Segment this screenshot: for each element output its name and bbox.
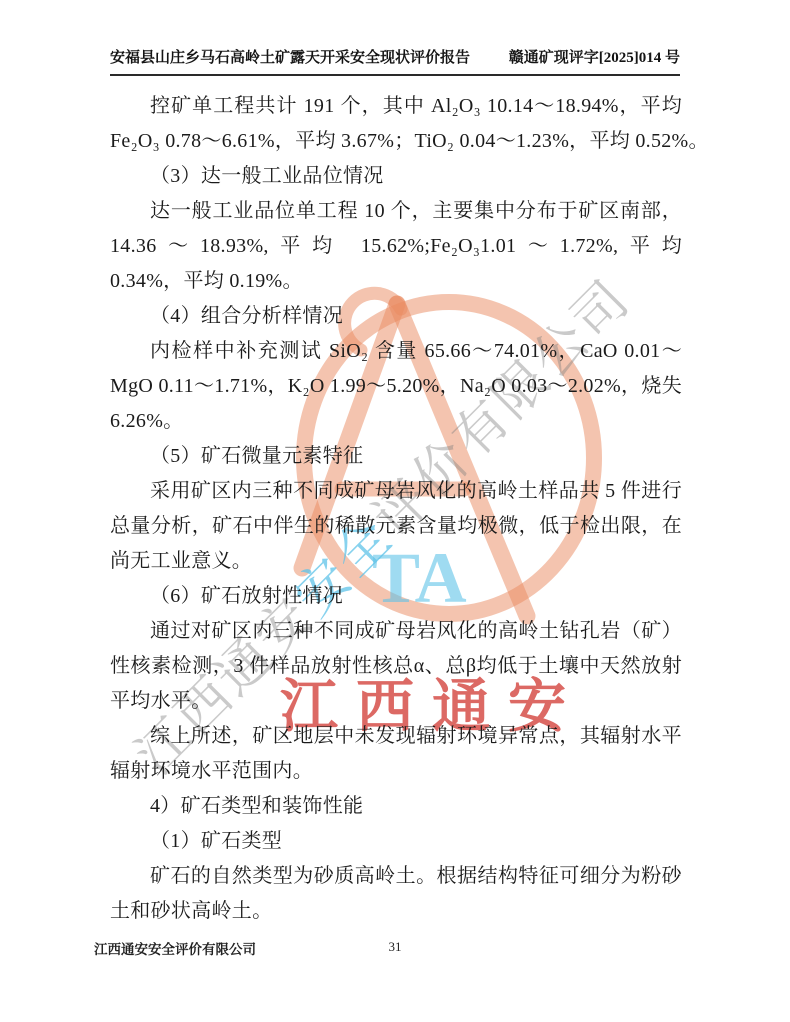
text-line: 性核素检测，3 件样品放射性核总α、总β均低于土壤中天然放射性核素 xyxy=(110,649,682,684)
text-line: 总量分析，矿石中伴生的稀散元素含量均极微，低于检出限，在现阶段， xyxy=(110,509,682,544)
text-line: （1）矿石类型 xyxy=(110,824,682,859)
page-number: 31 xyxy=(0,939,790,955)
text-line: 综上所述，矿区地层中未发现辐射环境异常点，其辐射水平均低于 xyxy=(110,719,682,754)
text-line: MgO 0.11～1.71%，K₂O 1.99～5.20%，Na₂O 0.03～… xyxy=(110,369,682,404)
text-line: 平均水平。 xyxy=(110,684,682,719)
text-line: （5）矿石微量元素特征 xyxy=(110,439,682,474)
text-line: 6.26%。 xyxy=(110,404,682,439)
text-line: （3）达一般工业品位情况 xyxy=(110,159,682,194)
text-line: 辐射环境水平范围内。 xyxy=(110,754,682,789)
text-line: 内检样中补充测试 SiO₂ 含量 65.66～74.01%，CaO 0.01～0… xyxy=(110,334,682,369)
text-line: 控矿单工程共计 191 个，其中 Al₂O₃ 10.14～18.94%，平均 1… xyxy=(110,89,682,124)
text-line: 尚无工业意义。 xyxy=(110,544,682,579)
document-page: 江西通安安全评价有限公司 TA 江西通安 安福县山庄乡马石高岭土矿露天开采安全现… xyxy=(0,0,790,1022)
report-title: 安福县山庄乡马石高岭土矿露天开采安全现状评价报告 xyxy=(110,46,470,67)
body-text: 控矿单工程共计 191 个，其中 Al₂O₃ 10.14～18.94%，平均 1… xyxy=(110,89,682,929)
text-line: 达一般工业品位单工程 10 个，主要集中分布于矿区南部，其中 Al₂O₃ xyxy=(110,194,682,229)
text-line: （4）组合分析样情况 xyxy=(110,299,682,334)
text-line: Fe₂O₃ 0.78～6.61%，平均 3.67%；TiO₂ 0.04～1.23… xyxy=(110,124,682,159)
document-number: 赣通矿现评字[2025]014 号 xyxy=(509,46,680,67)
text-line: 土和砂状高岭土。 xyxy=(110,894,682,929)
text-line: 4）矿石类型和装饰性能 xyxy=(110,789,682,824)
text-line: 14.36～18.93%,平均 15.62%;Fe₂O₃1.01～1.72%,平… xyxy=(110,229,682,264)
page-header: 安福县山庄乡马石高岭土矿露天开采安全现状评价报告 赣通矿现评字[2025]014… xyxy=(110,46,680,76)
text-line: 0.34%，平均 0.19%。 xyxy=(110,264,682,299)
text-line: 通过对矿区内三种不同成矿母岩风化的高岭土钻孔岩（矿）心放射 xyxy=(110,614,682,649)
text-line: （6）矿石放射性情况 xyxy=(110,579,682,614)
text-line: 矿石的自然类型为砂质高岭土。根据结构特征可细分为粉砂状高岭 xyxy=(110,859,682,894)
text-line: 采用矿区内三种不同成矿母岩风化的高岭土样品共 5 件进行了稀土 xyxy=(110,474,682,509)
